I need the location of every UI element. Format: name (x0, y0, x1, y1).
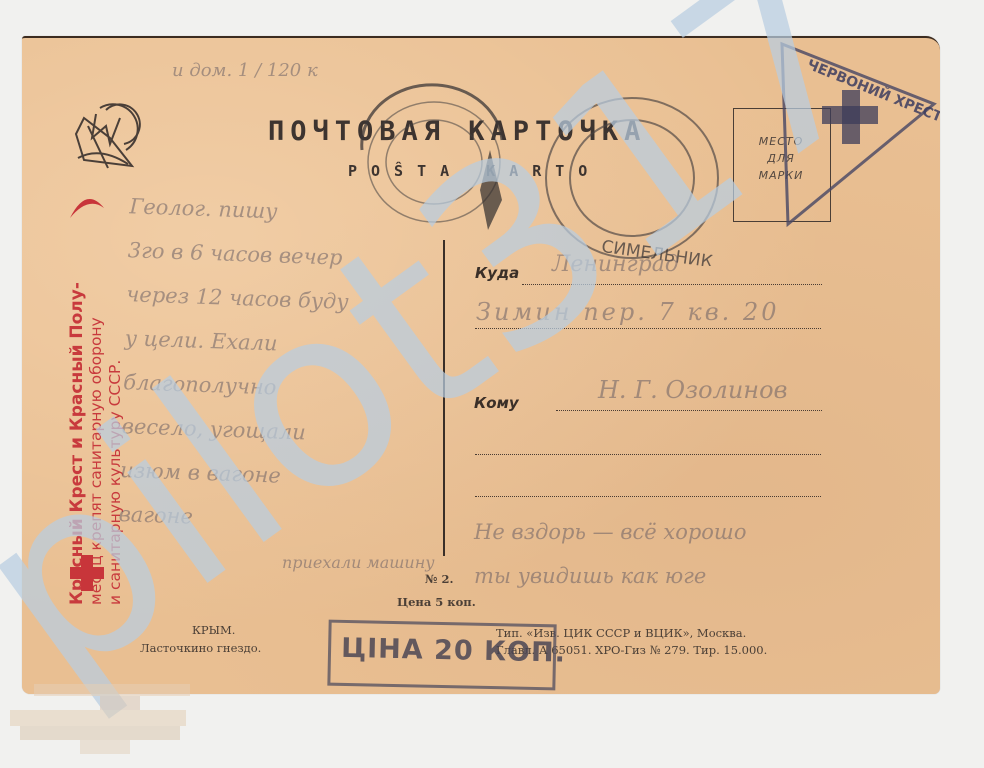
where-label: Куда (475, 264, 519, 282)
where-handwritten-2: Зимин пер. 7 кв. 20 (476, 298, 779, 326)
handwritten-message: Геолог. пишу 3го в 6 часов вечер через 1… (118, 184, 352, 544)
picture-caption-subtitle: Ласточкино гнездо. (140, 641, 261, 655)
address-divider (443, 240, 445, 556)
address-line-4 (475, 454, 821, 455)
handwritten-top-note: и дом. 1 / 120 к (172, 60, 318, 81)
postmark-right: СИМЕЛЬНИК (532, 86, 742, 266)
whom-label: Кому (474, 394, 519, 412)
red-cross-triangle-stamp: ЧЕРВОНИЙ ХРЕСТ (770, 38, 940, 234)
whom-handwritten: Н. Г. Озолинов (598, 376, 788, 404)
address-line-1 (522, 284, 822, 285)
pixelated-redaction (10, 684, 190, 760)
address-line-5 (475, 496, 821, 497)
postmark-left (342, 80, 532, 230)
address-line-3 (556, 410, 822, 411)
handwritten-message-end: приехали машину (282, 553, 435, 572)
postcard: ПОЧТОВАЯ КАРТОЧКА POŜTA KARTO СИМЕЛЬНИК … (22, 36, 940, 694)
card-number: № 2. (425, 572, 454, 586)
handwritten-bottom: Не вздорь — всё хорошо ты увидишь как юг… (474, 510, 746, 598)
soviet-monogram-star-gear-icon (70, 98, 142, 176)
where-handwritten-1: Ленинград (552, 252, 679, 277)
overprint-price-stamp: ЦІНА 20 КОП. (327, 620, 556, 691)
address-line-2 (475, 328, 821, 329)
red-cross-icon (70, 555, 104, 591)
card-price: Цена 5 коп. (397, 595, 476, 609)
picture-caption-title: КРЫМ. (192, 623, 235, 637)
